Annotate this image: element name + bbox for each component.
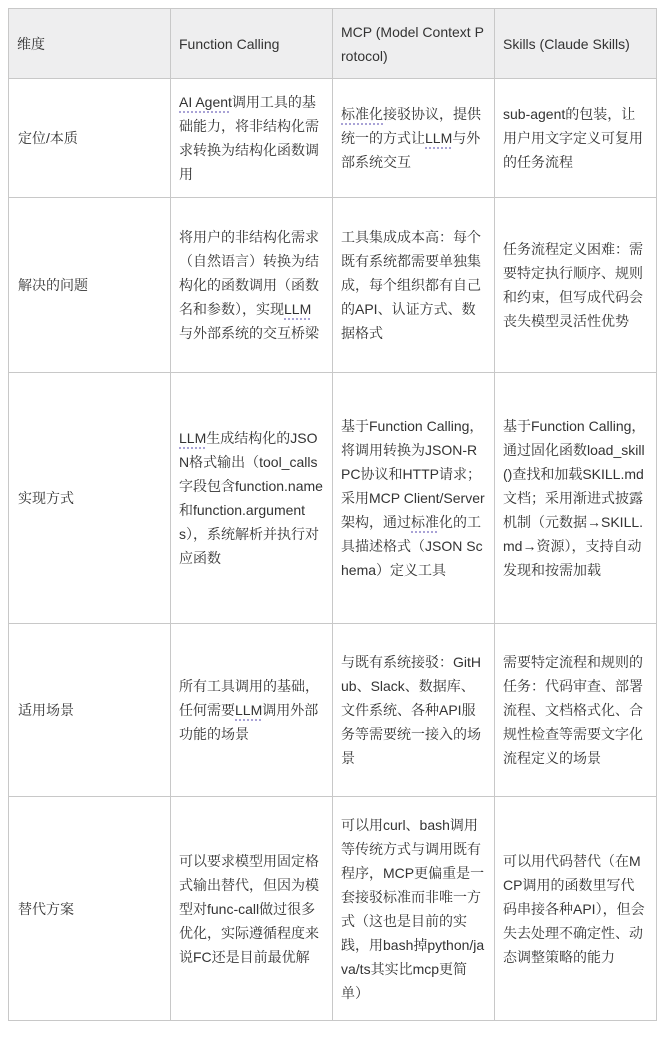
comparison-table-container: 维度 Function Calling MCP (Model Context P… — [8, 8, 657, 1021]
cell-skills: 任务流程定义困难：需要特定执行顺序、规则和约束，但写成代码会丧失模型灵活性优势 — [495, 198, 657, 373]
cell-function-calling: LLM生成结构化的JSON格式输出（tool_calls字段包含function… — [171, 373, 333, 624]
cell-dimension: 解决的问题 — [9, 198, 171, 373]
cell-skills: 需要特定流程和规则的任务：代码审查、部署流程、文档格式化、合规性检查等需要文字化… — [495, 624, 657, 797]
cell-skills: sub-agent的包装，让用户用文字定义可复用的任务流程 — [495, 79, 657, 198]
table-row-alternatives: 替代方案 可以要求模型用固定格式输出替代，但因为模型对func-call做过很多… — [9, 797, 657, 1021]
text: 生成结构化的JSON格式输出（tool_calls字段包含function.na… — [179, 430, 323, 566]
annotated-term[interactable]: LLM — [179, 430, 206, 446]
cell-function-calling: 可以要求模型用固定格式输出替代，但因为模型对func-call做过很多优化，实际… — [171, 797, 333, 1021]
table-row-positioning: 定位/本质 AI Agent调用工具的基础能力，将非结构化需求转换为结构化函数调… — [9, 79, 657, 198]
cell-dimension: 实现方式 — [9, 373, 171, 624]
header-mcp: MCP (Model Context Protocol) — [333, 9, 495, 79]
cell-mcp: 标准化接驳协议，提供统一的方式让LLM与外部系统交互 — [333, 79, 495, 198]
cell-function-calling: AI Agent调用工具的基础能力，将非结构化需求转换为结构化函数调用 — [171, 79, 333, 198]
text: 与外部系统的交互桥梁 — [179, 325, 319, 341]
annotated-term[interactable]: AI Agent — [179, 94, 232, 110]
cell-skills: 可以用代码替代（在MCP调用的函数里写代码串接各种API），但会失去处理不确定性… — [495, 797, 657, 1021]
comparison-table: 维度 Function Calling MCP (Model Context P… — [8, 8, 657, 1021]
cell-dimension: 定位/本质 — [9, 79, 171, 198]
table-header-row: 维度 Function Calling MCP (Model Context P… — [9, 9, 657, 79]
header-dimension: 维度 — [9, 9, 171, 79]
annotated-term[interactable]: LLM — [235, 702, 262, 718]
table-row-implementation: 实现方式 LLM生成结构化的JSON格式输出（tool_calls字段包含fun… — [9, 373, 657, 624]
annotated-term[interactable]: 标准化 — [341, 106, 383, 122]
cell-function-calling: 所有工具调用的基础，任何需要LLM调用外部功能的场景 — [171, 624, 333, 797]
table-row-use-cases: 适用场景 所有工具调用的基础，任何需要LLM调用外部功能的场景 与既有系统接驳：… — [9, 624, 657, 797]
annotated-term[interactable]: 标准 — [411, 514, 439, 530]
cell-dimension: 替代方案 — [9, 797, 171, 1021]
cell-mcp: 基于Function Calling，将调用转换为JSON-RPC协议和HTTP… — [333, 373, 495, 624]
cell-mcp: 可以用curl、bash调用等传统方式与调用既有程序，MCP更偏重是一套接驳标准… — [333, 797, 495, 1021]
cell-mcp: 与既有系统接驳：GitHub、Slack、数据库、文件系统、各种API服务等需要… — [333, 624, 495, 797]
table-row-problem-solved: 解决的问题 将用户的非结构化需求（自然语言）转换为结构化的函数调用（函数名和参数… — [9, 198, 657, 373]
cell-mcp: 工具集成成本高：每个既有系统都需要单独集成，每个组织都有自己的API、认证方式、… — [333, 198, 495, 373]
header-skills: Skills (Claude Skills) — [495, 9, 657, 79]
annotated-term[interactable]: LLM — [284, 301, 311, 317]
cell-skills: 基于Function Calling，通过固化函数load_skill()查找和… — [495, 373, 657, 624]
header-function-calling: Function Calling — [171, 9, 333, 79]
cell-function-calling: 将用户的非结构化需求（自然语言）转换为结构化的函数调用（函数名和参数），实现LL… — [171, 198, 333, 373]
cell-dimension: 适用场景 — [9, 624, 171, 797]
annotated-term[interactable]: LLM — [425, 130, 452, 146]
